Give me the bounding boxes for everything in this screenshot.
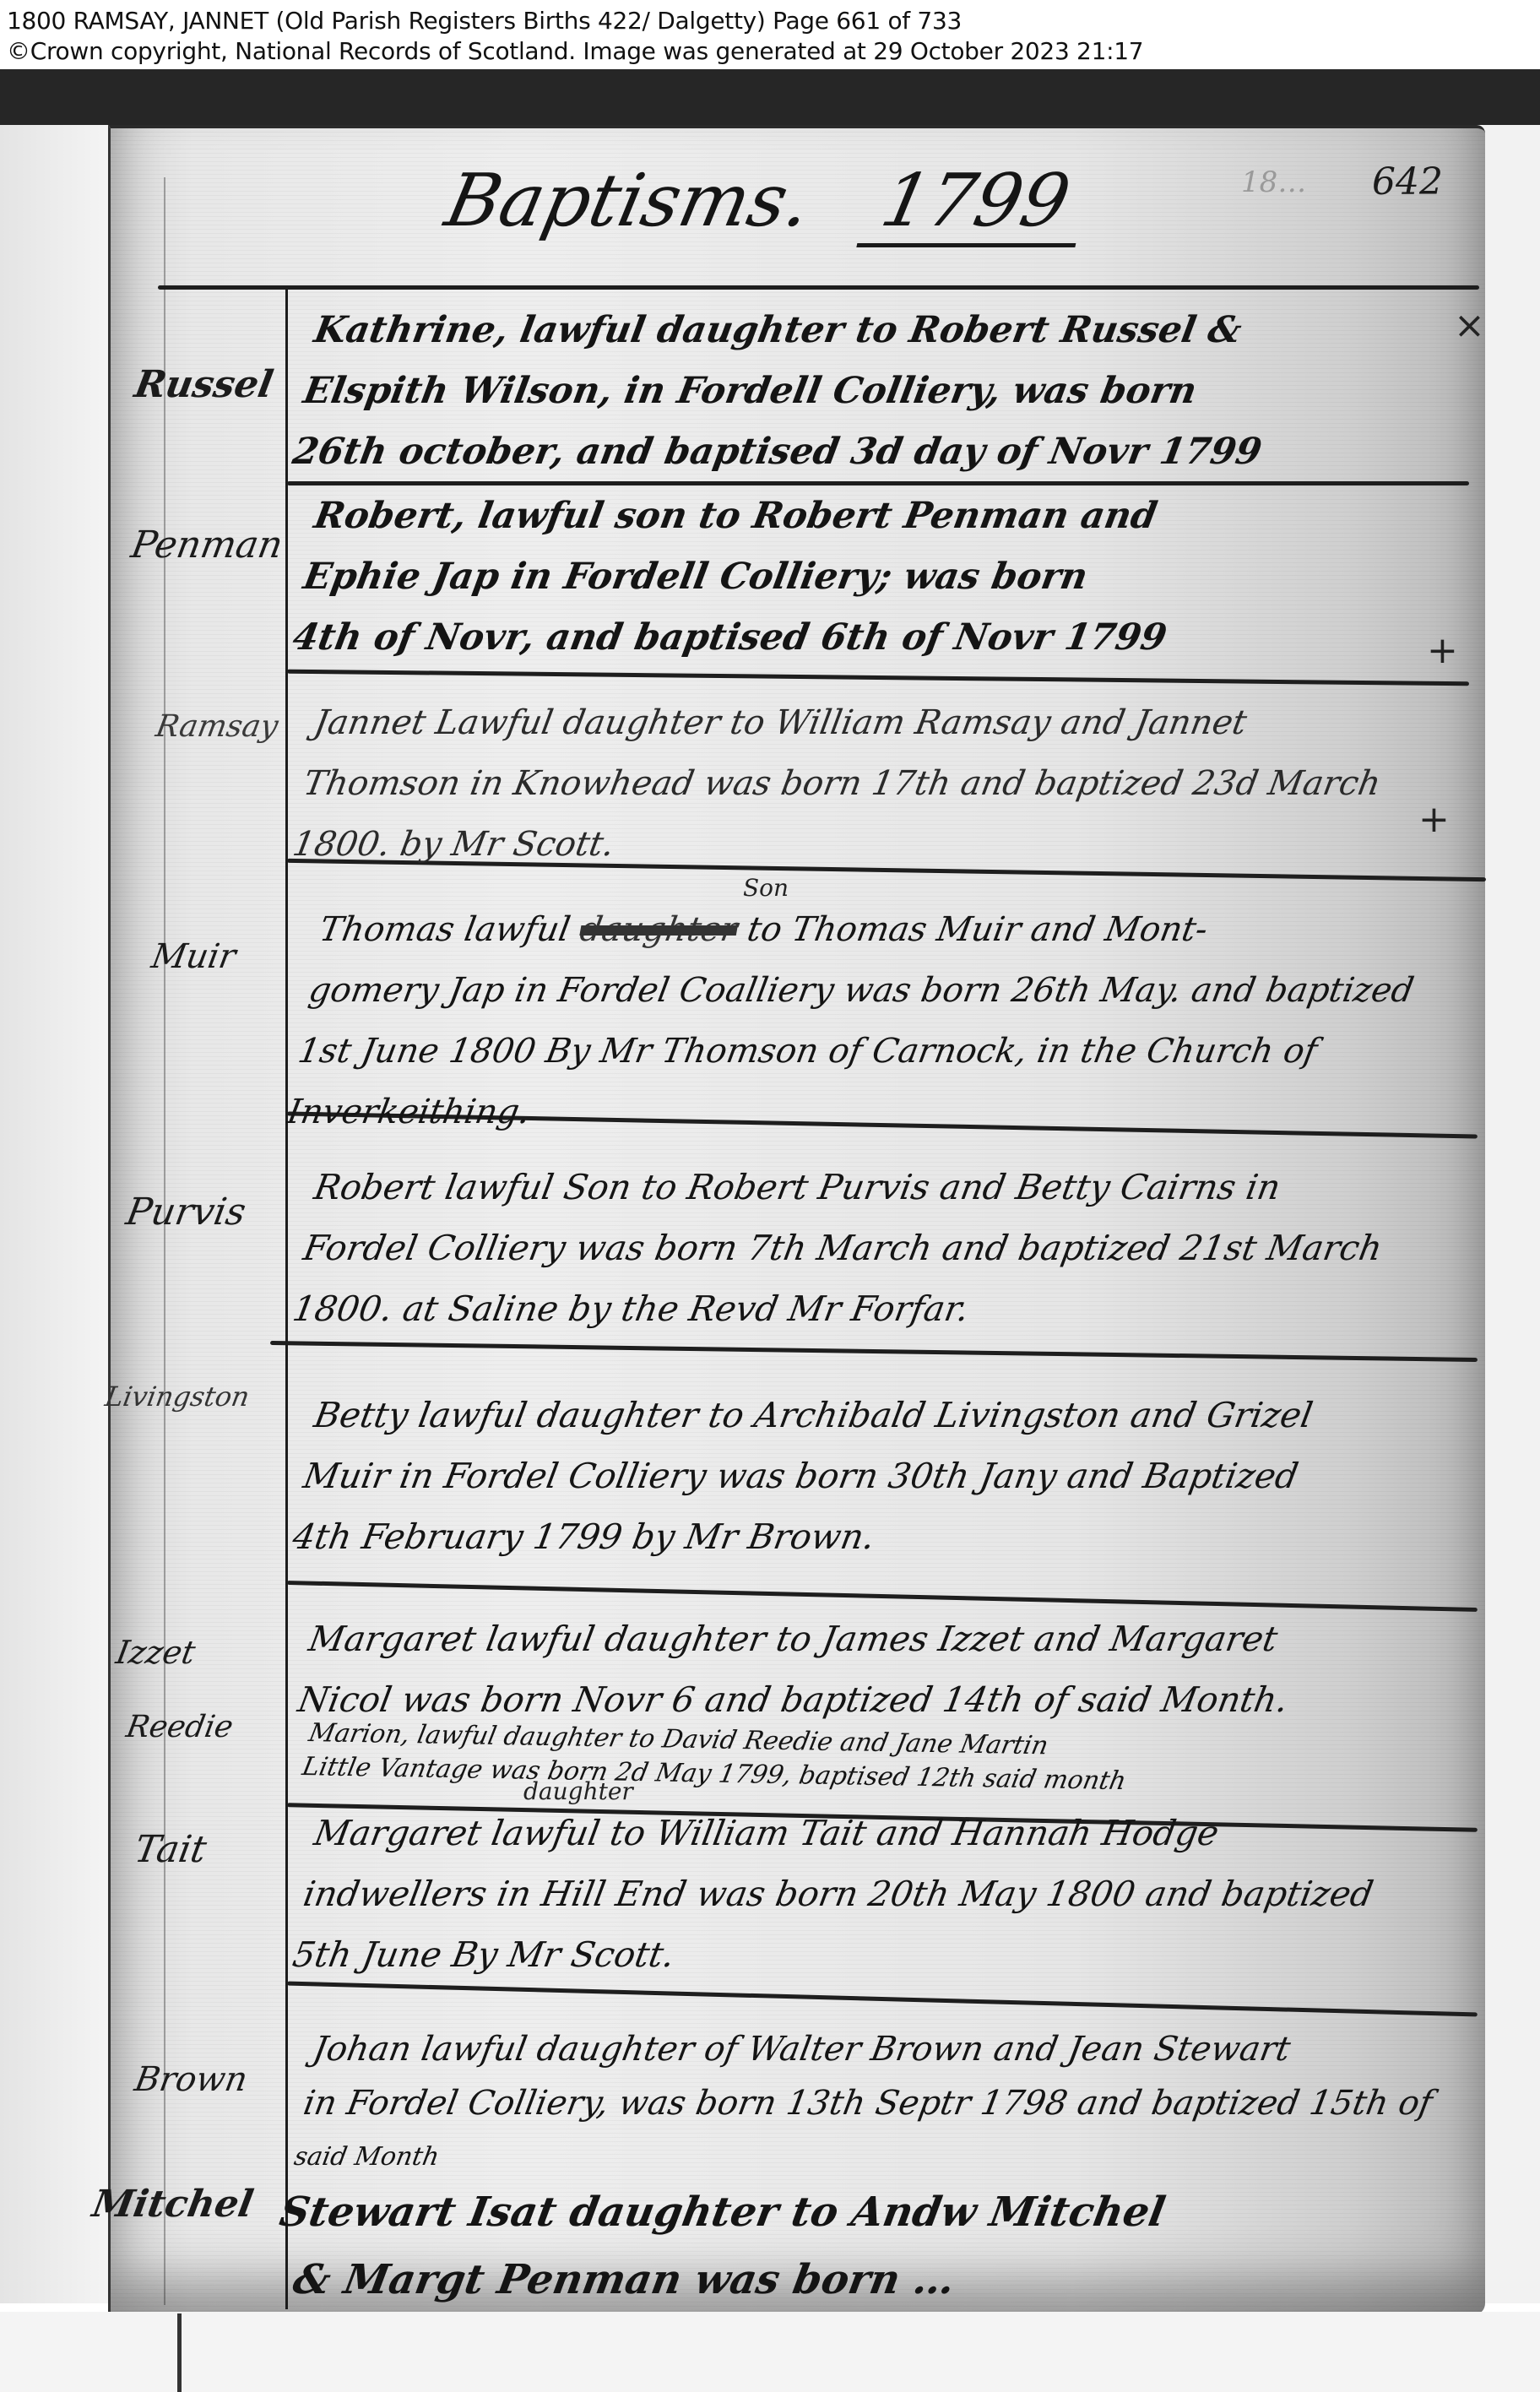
entry-line: Johan lawful daughter of Walter Brown an… bbox=[309, 2022, 1475, 2076]
margin-surname: Russel bbox=[132, 363, 277, 406]
copyright-notice: ©Crown copyright, National Records of Sc… bbox=[7, 37, 1143, 65]
entry-line: Robert lawful Son to Robert Purvis and B… bbox=[309, 1157, 1477, 1218]
entry-line: Jannet Lawful daughter to William Ramsay… bbox=[309, 692, 1477, 753]
entry-line: Kathrine, lawful daughter to Robert Russ… bbox=[309, 300, 1477, 361]
baptism-entry: Thomas lawful daughter to Thomas Muir an… bbox=[283, 899, 1483, 1142]
entry-line: Stewart Isat daughter to Andw Mitchel bbox=[274, 2178, 1443, 2246]
entry-line: Thomas lawful daughter to Thomas Muir an… bbox=[315, 899, 1483, 960]
entry-line: 1800. by Mr Scott. bbox=[288, 814, 1456, 875]
scan-border bbox=[0, 69, 1540, 125]
entry-line: 4th February 1799 by Mr Brown. bbox=[288, 1506, 1456, 1567]
margin-surname: Livingston bbox=[103, 1380, 252, 1413]
margin-surname: Izzet bbox=[113, 1634, 198, 1671]
interlinear-insertion: daughter bbox=[523, 1777, 633, 1805]
scan-margin-right bbox=[1483, 125, 1540, 2303]
entry-line: Muir in Fordel Colliery was born 30th Ja… bbox=[299, 1446, 1467, 1506]
faint-margin-rule bbox=[164, 177, 165, 2305]
title-year: 1799 bbox=[856, 159, 1093, 247]
entry-line: Betty lawful daughter to Archibald Livin… bbox=[309, 1385, 1477, 1446]
baptism-entry: Margaret lawful daughter to James Izzet … bbox=[293, 1608, 1471, 1730]
entry-line: Elspith Wilson, in Fordell Colliery, was… bbox=[299, 361, 1467, 421]
entry-line: Ephie Jap in Fordell Colliery; was born bbox=[299, 546, 1467, 607]
margin-surname: Brown bbox=[132, 2060, 251, 2099]
baptism-entry: Robert, lawful son to Robert Penman and … bbox=[288, 485, 1477, 668]
entry-line: 1st June 1800 By Mr Thomson of Carnock, … bbox=[293, 1021, 1461, 1082]
entry-line: 1800. at Saline by the Revd Mr Forfar. bbox=[288, 1278, 1456, 1339]
binding-line bbox=[177, 2313, 182, 2392]
folio-number: 642 bbox=[1372, 160, 1443, 203]
baptism-entry: Margaret lawful to William Tait and Hann… bbox=[288, 1803, 1477, 1985]
page-title: Baptisms. 1799 bbox=[438, 159, 1093, 243]
entry-line: Robert, lawful son to Robert Penman and bbox=[309, 485, 1477, 546]
cross-mark: × bbox=[1454, 304, 1485, 347]
entry-separator bbox=[158, 285, 1479, 290]
baptism-entry: Johan lawful daughter of Walter Brown an… bbox=[290, 2022, 1475, 2184]
margin-surname: Reedie bbox=[123, 1710, 236, 1744]
entry-line: Inverkeithing. bbox=[283, 1082, 1451, 1142]
cross-mark: + bbox=[1427, 629, 1458, 672]
entry-line: Margaret lawful daughter to James Izzet … bbox=[304, 1608, 1472, 1669]
pencil-annotation: 18… bbox=[1241, 165, 1306, 199]
margin-surname: Purvis bbox=[123, 1191, 249, 1234]
interlinear-insertion: Son bbox=[743, 874, 789, 902]
entry-line: Fordel Colliery was born 7th March and b… bbox=[299, 1218, 1467, 1278]
entry-line: 26th october, and baptised 3d day of Nov… bbox=[288, 421, 1456, 482]
entry-line: indwellers in Hill End was born 20th May… bbox=[299, 1863, 1467, 1924]
margin-surname: Tait bbox=[132, 1828, 210, 1871]
margin-surname: Penman bbox=[128, 523, 286, 567]
baptism-entry: Betty lawful daughter to Archibald Livin… bbox=[288, 1385, 1477, 1567]
baptism-entry: Jannet Lawful daughter to William Ramsay… bbox=[288, 692, 1477, 875]
scan-margin-bottom bbox=[0, 2312, 1540, 2392]
entry-line: in Fordel Colliery, was born 13th Septr … bbox=[299, 2076, 1465, 2130]
margin-surname: Muir bbox=[149, 937, 239, 976]
margin-rule bbox=[285, 287, 288, 2309]
entry-line: 5th June By Mr Scott. bbox=[288, 1924, 1456, 1985]
entry-line: Thomson in Knowhead was born 17th and ba… bbox=[299, 753, 1467, 814]
entry-line: gomery Jap in Fordel Coalliery was born … bbox=[304, 960, 1472, 1021]
baptism-entry: Kathrine, lawful daughter to Robert Russ… bbox=[288, 300, 1477, 482]
title-text: Baptisms. bbox=[438, 159, 818, 243]
margin-surname: Mitchel bbox=[89, 2183, 257, 2226]
cross-mark: + bbox=[1418, 798, 1450, 841]
scan-margin-left bbox=[0, 125, 108, 2303]
entry-line-text: Thomas lawful daughter to Thomas Muir an… bbox=[317, 910, 1211, 949]
baptism-entry: Robert lawful Son to Robert Purvis and B… bbox=[288, 1157, 1477, 1339]
entry-line: said Month bbox=[290, 2130, 1456, 2184]
entry-line: & Margt Penman was born … bbox=[263, 2246, 1431, 2313]
entry-line: 4th of Novr, and baptised 6th of Novr 17… bbox=[288, 607, 1456, 668]
margin-surname: Ramsay bbox=[153, 709, 280, 744]
record-title: 1800 RAMSAY, JANNET (Old Parish Register… bbox=[7, 7, 962, 35]
entry-line: Margaret lawful to William Tait and Hann… bbox=[309, 1803, 1477, 1863]
baptism-entry: Stewart Isat daughter to Andw Mitchel & … bbox=[263, 2178, 1443, 2313]
struck-word: daughter bbox=[577, 910, 740, 949]
